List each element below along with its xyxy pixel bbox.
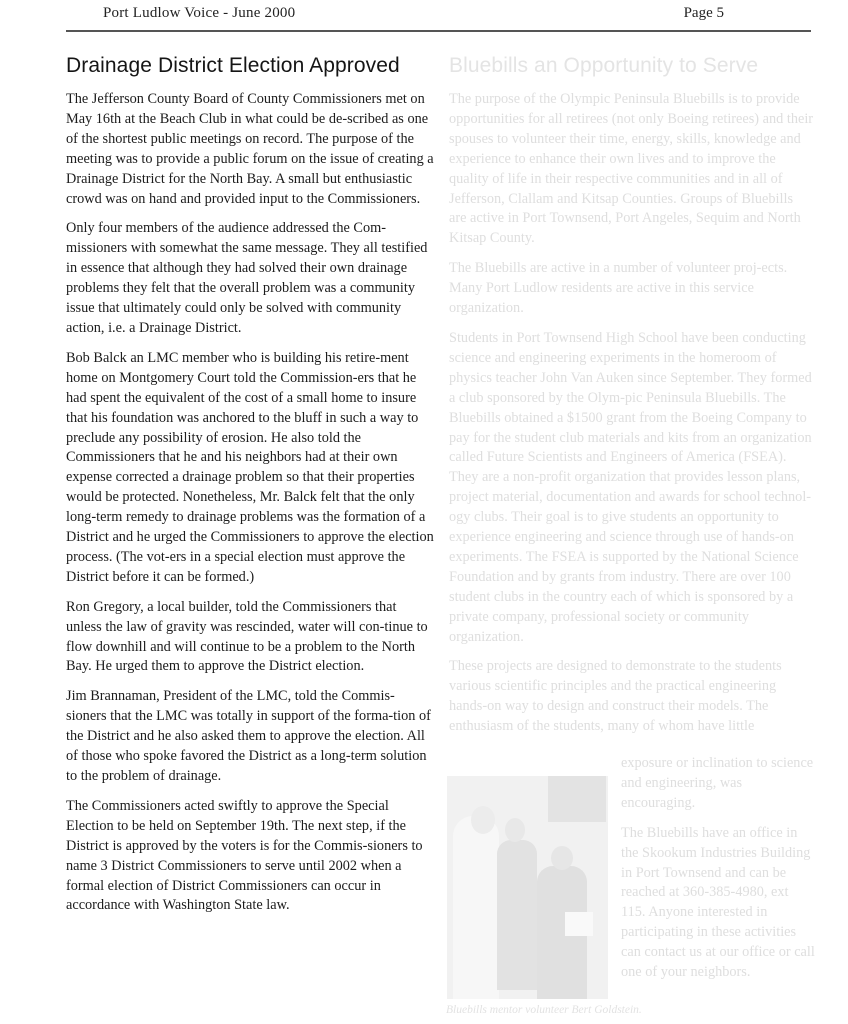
article-paragraph: The purpose of the Olympic Peninsula Blu…	[449, 90, 814, 249]
article-paragraph: exposure or inclination to science and e…	[621, 754, 816, 814]
photo-wrap-text: exposure or inclination to science and e…	[621, 754, 816, 993]
model-box-shape	[565, 912, 593, 936]
bluebills-photo	[447, 776, 608, 999]
person-head-shape	[471, 806, 495, 834]
publication-title: Port Ludlow Voice - June 2000	[103, 5, 295, 22]
article-paragraph: The Jefferson County Board of County Com…	[66, 90, 434, 209]
article-paragraph: Only four members of the audience addres…	[66, 219, 434, 338]
photo-caption: Bluebills mentor volunteer Bert Goldstei…	[446, 1004, 642, 1016]
chalkboard-shape	[548, 776, 606, 822]
photo-icon	[447, 776, 608, 999]
bluebills-headline: Bluebills an Opportunity to Serve	[449, 52, 814, 80]
article-paragraph: The Bluebills are active in a number of …	[449, 259, 814, 319]
article-paragraph: Bob Balck an LMC member who is building …	[66, 349, 434, 588]
bluebills-article: Bluebills an Opportunity to Serve The pu…	[449, 52, 814, 747]
article-paragraph: Students in Port Townsend High School ha…	[449, 329, 814, 648]
page-header: Port Ludlow Voice - June 2000 Page 5	[66, 0, 811, 32]
article-paragraph: The Bluebills have an office in the Skoo…	[621, 824, 816, 983]
drainage-article: Drainage District Election Approved The …	[66, 52, 434, 926]
page-number: Page 5	[684, 5, 724, 22]
person-head-shape	[505, 818, 525, 842]
article-paragraph: Ron Gregory, a local builder, told the C…	[66, 598, 434, 678]
person-head-shape	[551, 846, 573, 870]
article-paragraph: These projects are designed to demonstra…	[449, 657, 814, 737]
drainage-headline: Drainage District Election Approved	[66, 52, 434, 80]
person-shape	[453, 816, 499, 999]
article-paragraph: The Commissioners acted swiftly to appro…	[66, 797, 434, 916]
person-shape	[497, 840, 537, 990]
article-paragraph: Jim Brannaman, President of the LMC, tol…	[66, 687, 434, 787]
